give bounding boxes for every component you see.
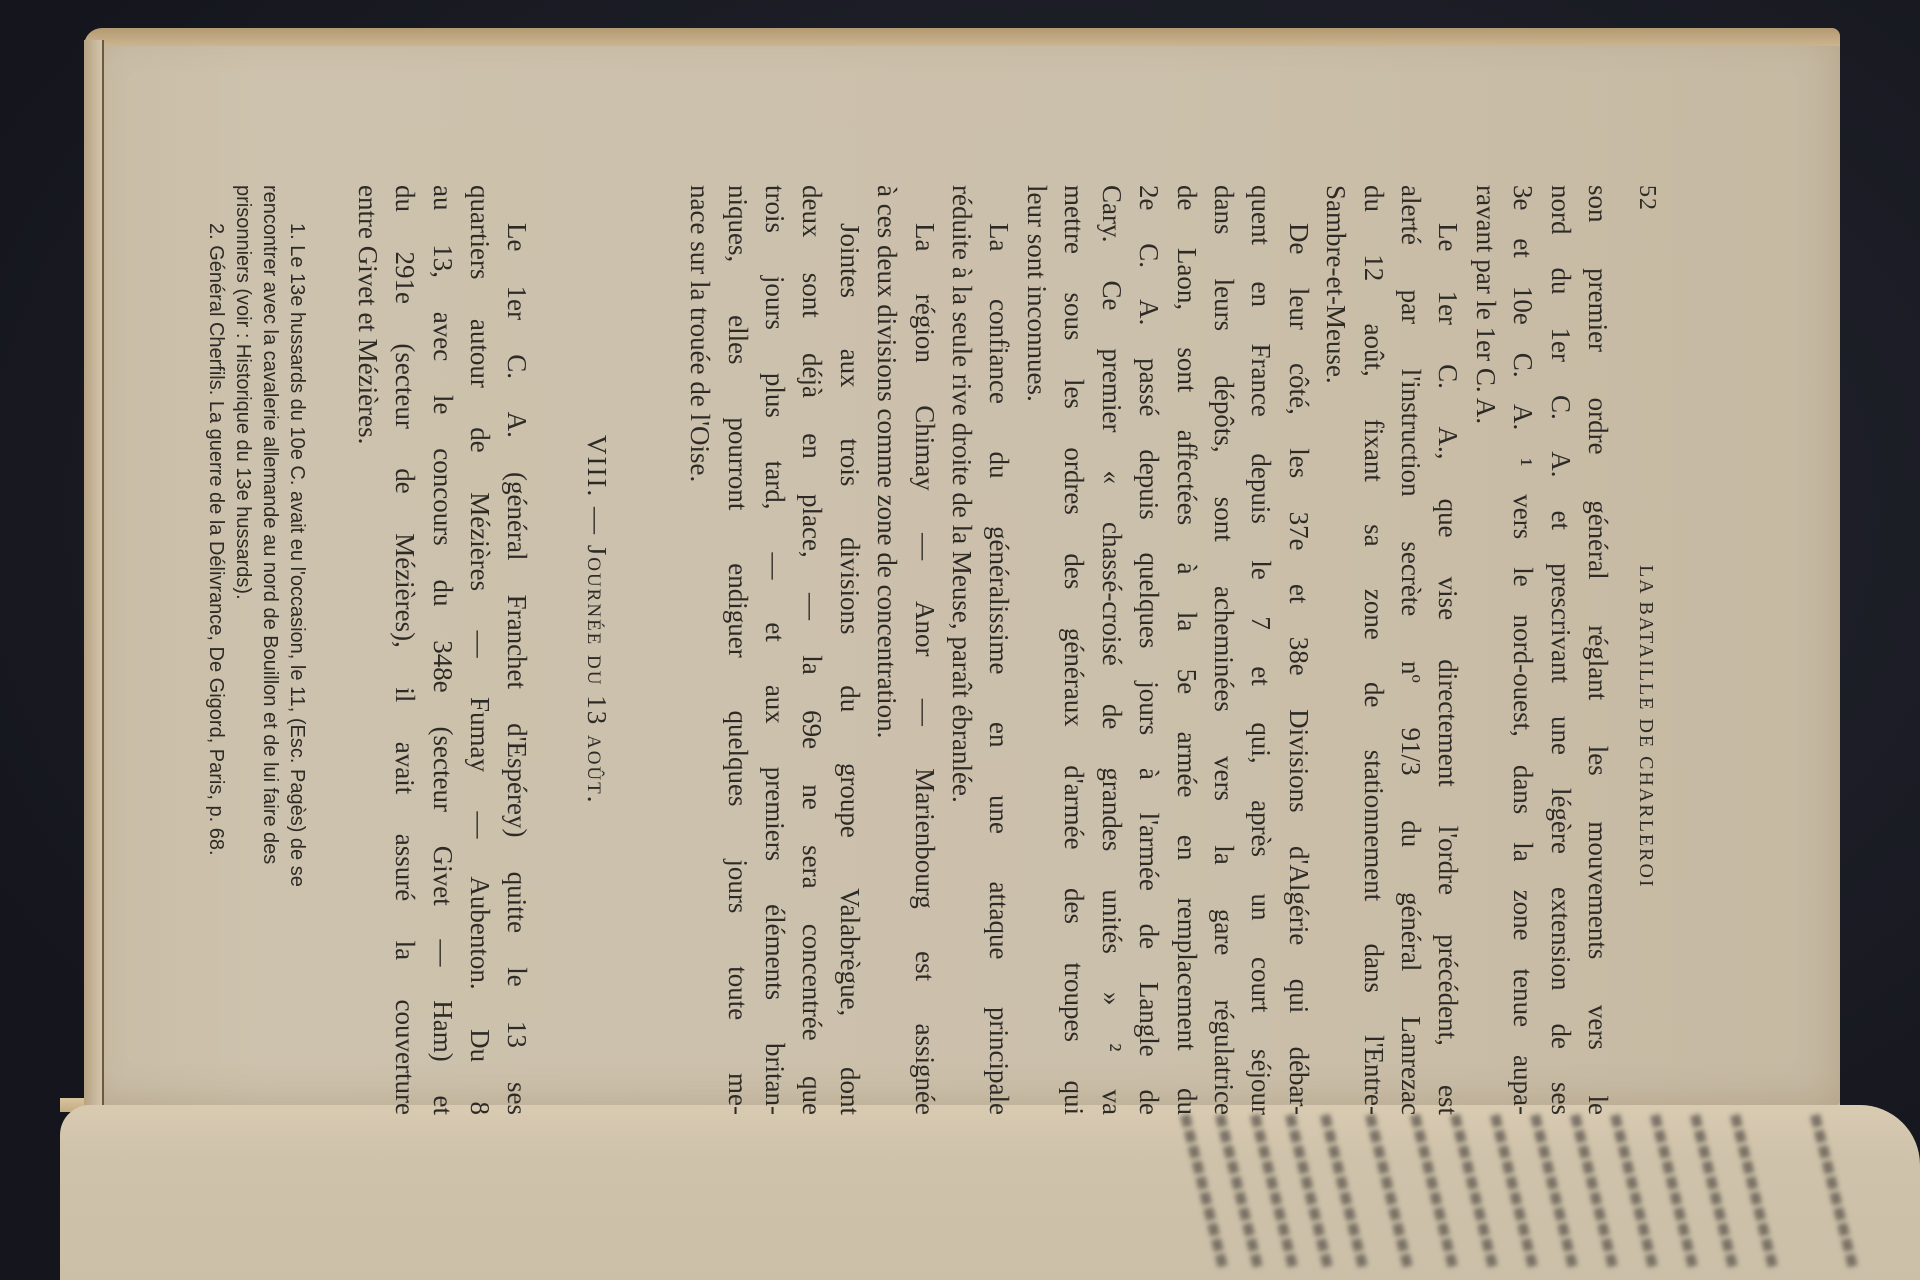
printed-page-text: 52 LA BATAILLE DE CHARLEROI son premier … [360,185,1660,1185]
text-line: Le 1er C. A. (général Franchet d'Espérey… [498,185,535,1115]
text-line: De leur côté, les 37e et 38e Divisions d… [1279,185,1316,1115]
text-line: alerté par l'instruction secrète nº 91/3… [1392,185,1429,1115]
text-line: quartiers autour de Mézières — Fumay — A… [461,185,498,1115]
text-line: 3e et 10e C. A. ¹ vers le nord-ouest, da… [1504,185,1541,1115]
text-line: deux sont déjà en place, — la 69e ne ser… [793,185,830,1115]
text-line: au 13, avec le concours du 348e (secteur… [423,185,460,1115]
footnote-line: rencontrer avec la cavalerie allemande a… [256,185,283,1115]
paragraph: Jointes aux trois divisions du groupe Va… [681,185,868,1115]
footnote-line: prisonniers (voir : Historique du 13e hu… [229,185,256,1115]
text-line: son premier ordre général réglant les mo… [1579,185,1616,1115]
footnote-line: 1. Le 13e hussards du 10e C. avait eu l'… [283,185,310,1115]
text-line: Jointes aux trois divisions du groupe Va… [830,185,867,1115]
body-text: son premier ordre général réglant les mo… [348,185,1616,1115]
text-line: du 12 août, fixant sa zone de stationnem… [1354,185,1391,1115]
text-line: trois jours plus tard, — et aux premiers… [756,185,793,1115]
text-line: de Laon, sont affectées à la 5e armée en… [1167,185,1204,1115]
text-line: leur sont inconnues. [1018,185,1055,1115]
text-line: dans leurs dépôts, sont acheminées vers … [1205,185,1242,1115]
text-line: niques, elles pourront endiguer quelques… [718,185,755,1115]
text-line: entre Givet et Mézières. [348,185,385,1115]
text-line: Le 1er C. A., que vise directement l'ord… [1429,185,1466,1115]
running-head: 52 LA BATAILLE DE CHARLEROI [1616,185,1660,1185]
text-line: Sambre-et-Meuse. [1317,185,1354,1115]
text-line: du 291e (secteur de Mézières), il avait … [386,185,423,1115]
paragraph: Le 1er C. A. (général Franchet d'Espérey… [348,185,535,1115]
page-left-edge [84,40,104,1105]
text-line: 2e C. A. passé depuis quelques jours à l… [1130,185,1167,1115]
footnote-2: 2. Général Cherfils. La guerre de la Dél… [202,185,229,1115]
footnote-1: 1. Le 13e hussards du 10e C. avait eu l'… [229,185,310,1115]
page-number: 52 [1633,185,1660,265]
text-line: La région Chimay — Anor — Marienbourg es… [905,185,942,1115]
text-line: ravant par le 1er C. A. [1466,185,1503,1115]
text-line: Cary. Ce premier « chassé-croisé de gran… [1092,185,1129,1115]
text-line: nord du 1er C. A. et prescrivant une lég… [1541,185,1578,1115]
paragraph: La région Chimay — Anor — Marienbourg es… [868,185,943,1115]
footnote-line: 2. Général Cherfils. La guerre de la Dél… [202,185,229,1115]
text-line: nace sur la trouée de l'Oise. [681,185,718,1115]
text-line: quent en France depuis le 7 et qui, aprè… [1242,185,1279,1115]
text-line: mettre sous les ordres des généraux d'ar… [1055,185,1092,1115]
footnotes: 1. Le 13e hussards du 10e C. avait eu l'… [202,185,310,1115]
section-heading: VIII. — Journée du 13 août. [577,185,614,1115]
paragraph: Le 1er C. A., que vise directement l'ord… [1317,185,1467,1115]
text-line: La confiance du généralissime en une att… [980,185,1017,1115]
paragraph: son premier ordre général réglant les mo… [1466,185,1616,1115]
running-title: LA BATAILLE DE CHARLEROI [1634,565,1657,889]
text-line: à ces deux divisions comme zone de conce… [868,185,905,1115]
text-line: réduite à la seule rive droite de la Meu… [943,185,980,1115]
paragraph: La confiance du généralissime en une att… [943,185,1018,1115]
paragraph: De leur côté, les 37e et 38e Divisions d… [1018,185,1317,1115]
page-top-edge [84,28,1840,46]
